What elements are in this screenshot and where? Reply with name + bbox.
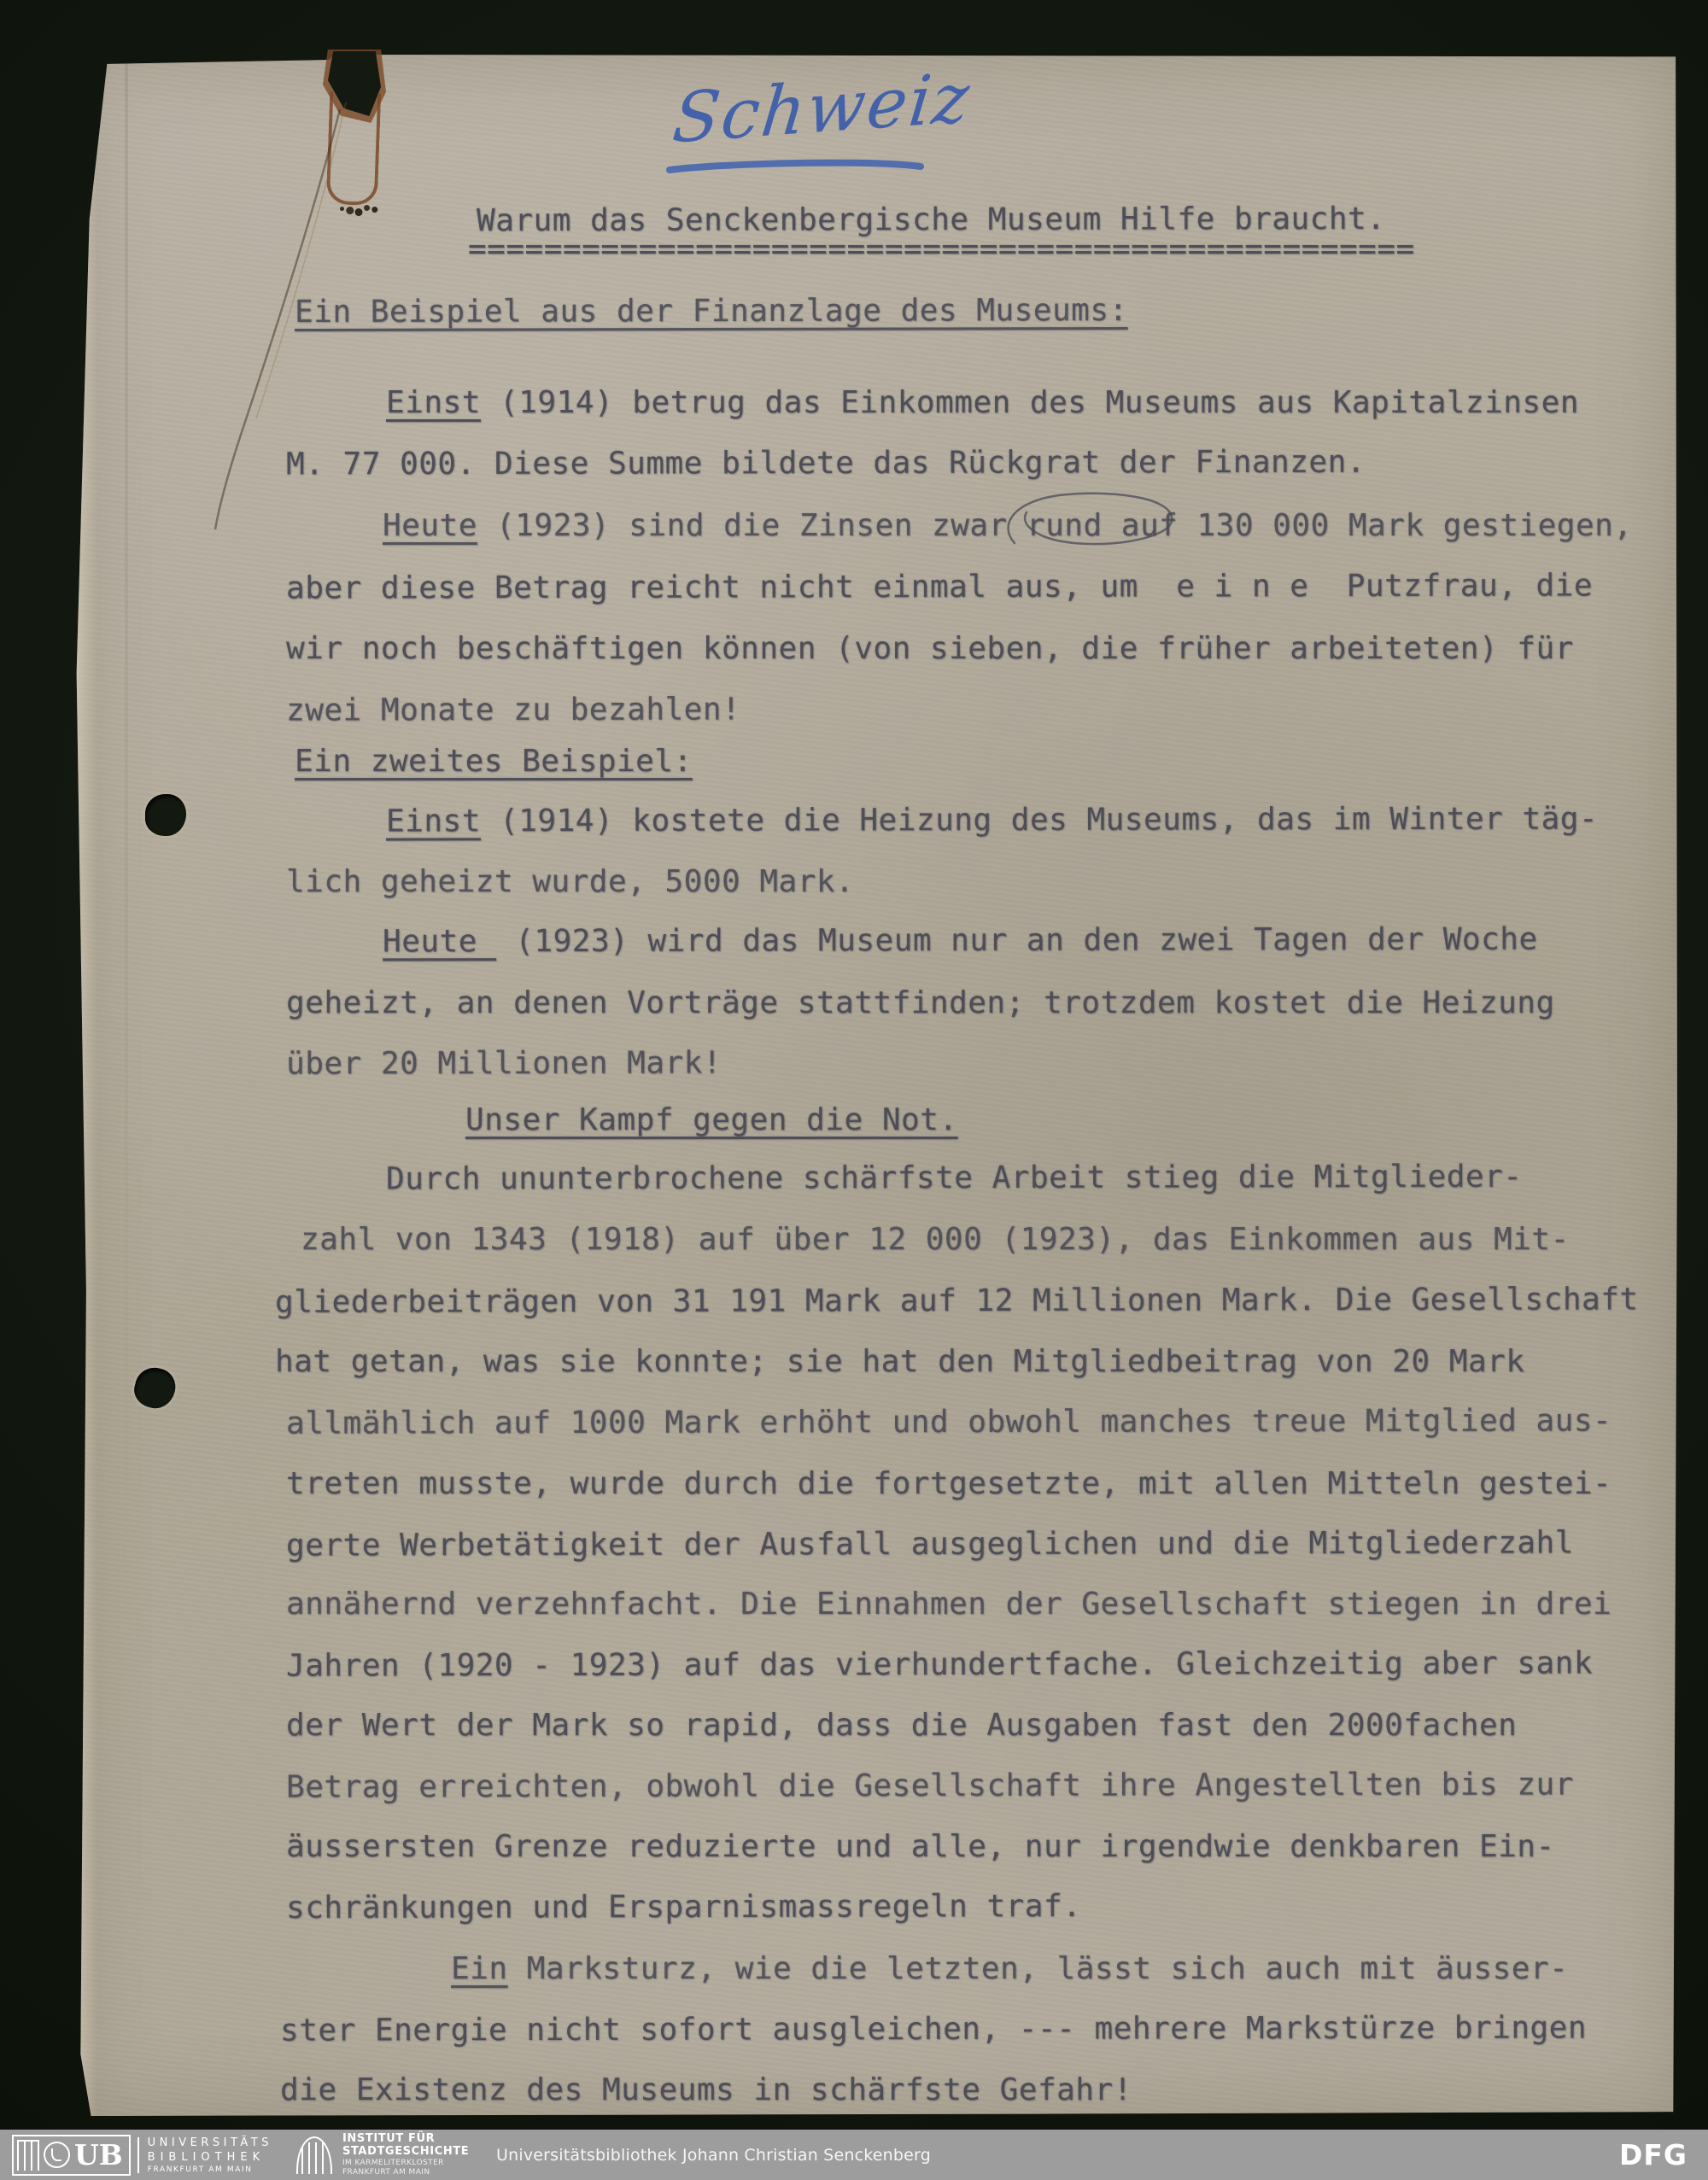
text-line: Einst (1914) kostete die Heizung des Mus… — [386, 803, 1598, 839]
library-name: Universitätsbibliothek Johann Christian … — [496, 2130, 931, 2180]
text-line: Betrag erreichten, obwohl die Gesellscha… — [286, 1768, 1574, 1804]
text-line: hat getan, was sie konnte; sie hat den M… — [275, 1345, 1524, 1379]
text-line: Heute (1923) wird das Museum nur an den … — [383, 923, 1538, 960]
text-line: annähernd verzehnfacht. Die Einnahmen de… — [286, 1587, 1611, 1622]
text-line: gerte Werbetätigkeit der Ausfall ausgegl… — [286, 1526, 1574, 1563]
text-line: gliederbeiträgen von 31 191 Mark auf 12 … — [275, 1283, 1639, 1319]
text-line: treten musste, wurde durch die fortgeset… — [286, 1467, 1611, 1501]
text-line: Ein Beispiel aus der Finanzlage des Muse… — [295, 294, 1128, 330]
text-line: Ein Marksturz, wie die letzten, lässt si… — [451, 1952, 1568, 1986]
text-line: allmählich auf 1000 Mark erhöht und obwo… — [286, 1404, 1611, 1441]
pen-loop-annotation — [991, 487, 1187, 559]
text-line: über 20 Millionen Mark! — [286, 1046, 722, 1081]
text-line: ster Energie nicht sofort ausgleichen, -… — [280, 2011, 1587, 2048]
text-line: geheizt, an denen Vorträge stattfinden; … — [286, 986, 1555, 1020]
footer-bar: UB UNIVERSITÄTS BIBLIOTHEK FRANKFURT AM … — [0, 2130, 1708, 2180]
library-columns-icon — [17, 2140, 39, 2171]
text-line: schränkungen und Ersparnismassregeln tra… — [286, 1890, 1081, 1926]
ub-text-line3: FRANKFURT AM MAIN — [148, 2165, 272, 2174]
logo-separator — [137, 2137, 139, 2173]
text-line: Jahren (1920 - 1923) auf das vierhundert… — [286, 1646, 1593, 1683]
scan-page: Schweiz Warum das Senckenbergische Museu… — [0, 0, 1708, 2180]
ub-logo-text: UNIVERSITÄTS BIBLIOTHEK FRANKFURT AM MAI… — [148, 2136, 272, 2174]
dfg-logo[interactable]: DFG — [1619, 2130, 1688, 2180]
handwritten-underline — [664, 157, 929, 176]
text-line: aber diese Betrag reicht nicht einmal au… — [286, 569, 1593, 605]
paper-sheet — [72, 55, 1677, 2116]
institute-line3: IM KARMELITERKLOSTER — [342, 2159, 469, 2167]
text-line: lich geheizt wurde, 5000 Mark. — [286, 865, 854, 899]
paperclip-rust-mark — [326, 91, 382, 206]
gothic-arch-icon — [296, 2136, 332, 2174]
text-line: zwei Monate zu bezahlen! — [286, 693, 740, 728]
ub-library-logo[interactable]: UB — [12, 2135, 131, 2176]
ub-abbreviation: UB — [74, 2141, 123, 2169]
institute-line1: INSTITUT FÜR — [342, 2133, 469, 2145]
text-line: die Existenz des Museums in schärfste Ge… — [280, 2073, 1132, 2107]
ub-text-line1: UNIVERSITÄTS — [148, 2136, 272, 2149]
institute-line2: STADTGESCHICHTE — [342, 2146, 469, 2158]
text-line: Einst (1914) betrug das Einkommen des Mu… — [386, 386, 1579, 420]
institute-logo-text[interactable]: INSTITUT FÜR STADTGESCHICHTE IM KARMELIT… — [342, 2133, 469, 2177]
text-line: der Wert der Mark so rapid, dass die Aus… — [286, 1709, 1517, 1743]
institute-line4: FRANKFURT AM MAIN — [342, 2168, 469, 2177]
text-line: äussersten Grenze reduzierte und alle, n… — [286, 1830, 1555, 1864]
text-line: ========================================… — [468, 232, 1415, 266]
text-line: Ein zweites Beispiel: — [295, 745, 693, 779]
punch-hole-top — [145, 794, 186, 836]
text-line: Durch ununterbrochene schärfste Arbeit s… — [386, 1160, 1523, 1197]
text-line: M. 77 000. Diese Summe bildete das Rückg… — [286, 446, 1366, 482]
portrait-icon — [44, 2142, 70, 2168]
text-line: zahl von 1343 (1918) auf über 12 000 (19… — [301, 1223, 1570, 1257]
text-line: Unser Kampf gegen die Not. — [465, 1103, 958, 1137]
text-line: wir noch beschäftigen können (von sieben… — [286, 632, 1574, 666]
ub-text-line2: BIBLIOTHEK — [148, 2151, 272, 2164]
footer-logos: UB UNIVERSITÄTS BIBLIOTHEK FRANKFURT AM … — [12, 2135, 469, 2175]
